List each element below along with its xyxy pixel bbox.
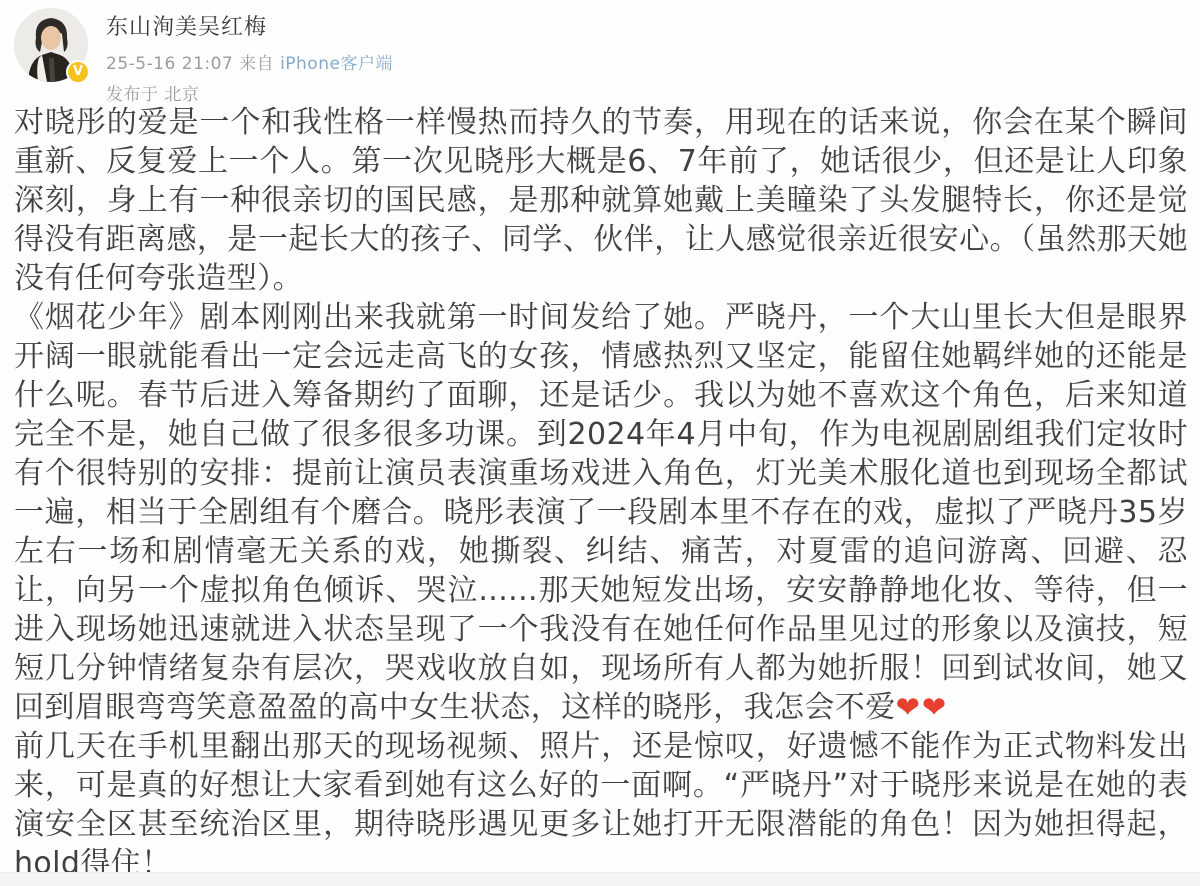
heart-emoji: ❤❤	[896, 690, 949, 724]
location-line: 发布于 北京	[106, 80, 393, 105]
paragraph-1: 对晓彤的爱是一个和我性格一样慢热而持久的节奏，用现在的话来说，你会在某个瞬间重新…	[14, 103, 1188, 298]
source-prefix: 来自	[239, 54, 274, 74]
bottom-strip	[0, 872, 1200, 886]
paragraph-1-text: 对晓彤的爱是一个和我性格一样慢热而持久的节奏，用现在的话来说，你会在某个瞬间重新…	[14, 105, 1188, 296]
verified-badge-icon: V	[66, 60, 90, 84]
avatar[interactable]: V	[14, 8, 88, 82]
post-content: 对晓彤的爱是一个和我性格一样慢热而持久的节奏，用现在的话来说，你会在某个瞬间重新…	[14, 103, 1188, 883]
paragraph-2: 《烟花少年》剧本刚刚出来我就第一时间发给了她。严晓丹，一个大山里长大但是眼界开阔…	[14, 298, 1188, 727]
location-prefix: 发布于	[106, 85, 159, 105]
post-meta: 25-5-16 21:07 来自 iPhone客户端	[106, 49, 393, 74]
paragraph-3: 前几天在手机里翻出那天的现场视频、照片，还是惊叹，好遗憾不能作为正式物料发出来，…	[14, 727, 1188, 883]
header-text: 东山洵美吴红梅 25-5-16 21:07 来自 iPhone客户端 发布于 北…	[106, 8, 393, 105]
source-link[interactable]: iPhone客户端	[280, 54, 393, 74]
timestamp: 25-5-16 21:07	[106, 54, 233, 74]
post-header: V 东山洵美吴红梅 25-5-16 21:07 来自 iPhone客户端 发布于…	[14, 8, 1188, 105]
username[interactable]: 东山洵美吴红梅	[106, 10, 393, 41]
paragraph-2-text: 《烟花少年》剧本刚刚出来我就第一时间发给了她。严晓丹，一个大山里长大但是眼界开阔…	[14, 300, 1188, 725]
paragraph-3-text: 前几天在手机里翻出那天的现场视频、照片，还是惊叹，好遗憾不能作为正式物料发出来，…	[14, 729, 1188, 881]
location-value: 北京	[164, 85, 199, 105]
weibo-post: V 东山洵美吴红梅 25-5-16 21:07 来自 iPhone客户端 发布于…	[0, 0, 1200, 886]
